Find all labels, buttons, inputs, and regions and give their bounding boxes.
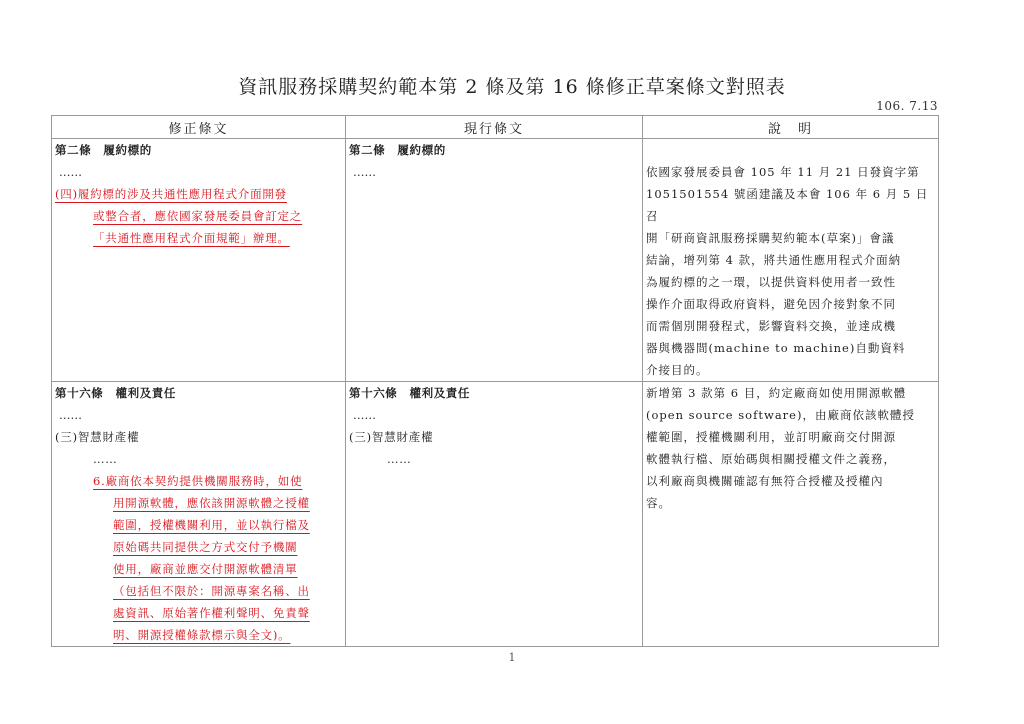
revised-line: 或整合者，應依國家發展委員會訂定之 [55, 205, 342, 227]
explanation-line: 軟體執行檔、原始碼與相關授權文件之義務， [646, 448, 935, 470]
subitem-heading: (三)智慧財產權 [55, 426, 342, 448]
revised-line: 範圍，授權機關利用，並以執行檔及 [55, 514, 342, 536]
revised-cell: 第十六條 權利及責任 …… (三)智慧財產權 …… 6.廠商依本契約提供機關服務… [52, 382, 346, 647]
table-row: 第二條 履約標的 …… (四)履約標的涉及共通性應用程式介面開發 或整合者，應依… [52, 139, 939, 382]
current-cell: 第二條 履約標的 …… [346, 139, 643, 382]
header-current: 現行條文 [346, 116, 643, 139]
page-number: 1 [0, 651, 1024, 664]
document-date: 106. 7.13 [876, 99, 938, 113]
revised-line: 6.廠商依本契約提供機關服務時，如使 [55, 470, 342, 492]
article-heading: 第二條 履約標的 [349, 139, 639, 161]
explanation-line: 依國家發展委員會 105 年 11 月 21 日發資字第 [646, 161, 935, 183]
revised-line: 「共通性應用程式介面規範」辦理。 [55, 227, 342, 249]
explanation-line: 器與機器間(machine to machine)自動資料 [646, 337, 935, 359]
revised-line: （包括但不限於：開源專案名稱、出 [55, 580, 342, 602]
explanation-line: 為履約標的之一環，以提供資料使用者一致性 [646, 271, 935, 293]
explanation-line: 權範圍，授權機關利用，並訂明廠商交付開源 [646, 426, 935, 448]
revised-line: 使用，廠商並應交付開源軟體清單 [55, 558, 342, 580]
ellipsis: …… [349, 404, 639, 426]
document-title: 資訊服務採購契約範本第 2 條及第 16 條修正草案條文對照表 [0, 72, 1024, 99]
comparison-table: 修正條文 現行條文 說 明 第二條 履約標的 …… (四)履約標的涉及共通性應用… [51, 115, 939, 647]
revised-cell: 第二條 履約標的 …… (四)履約標的涉及共通性應用程式介面開發 或整合者，應依… [52, 139, 346, 382]
subitem-heading: (三)智慧財產權 [349, 426, 639, 448]
explanation-line: 介接目的。 [646, 359, 935, 381]
ellipsis: …… [55, 161, 342, 183]
revised-line: 明、開源授權條款標示與全文)。 [55, 624, 342, 646]
explanation-line: 1051501554 號函建議及本會 106 年 6 月 5 日召 [646, 183, 935, 227]
explanation-line: 而需個別開發程式，影響資料交換，並達成機 [646, 315, 935, 337]
explanation-line: 操作介面取得政府資料，避免因介接對象不同 [646, 293, 935, 315]
revised-line: (四)履約標的涉及共通性應用程式介面開發 [55, 183, 342, 205]
explanation-line: (open source software)，由廠商依該軟體授 [646, 404, 935, 426]
table-row: 第十六條 權利及責任 …… (三)智慧財產權 …… 6.廠商依本契約提供機關服務… [52, 382, 939, 647]
article-heading: 第十六條 權利及責任 [55, 382, 342, 404]
header-revised: 修正條文 [52, 116, 346, 139]
current-cell: 第十六條 權利及責任 …… (三)智慧財產權 …… [346, 382, 643, 647]
revised-line: 用開源軟體，應依該開源軟體之授權 [55, 492, 342, 514]
explanation-line: 以利廠商與機關確認有無符合授權及授權內 [646, 470, 935, 492]
explanation-line: 容。 [646, 492, 935, 514]
article-heading: 第十六條 權利及責任 [349, 382, 639, 404]
explanation-cell: 新增第 3 款第 6 目，約定廠商如使用開源軟體 (open source so… [643, 382, 939, 647]
ellipsis: …… [349, 161, 639, 183]
explanation-line: 開「研商資訊服務採購契約範本(草案)」會議 [646, 227, 935, 249]
explanation-line: 結論，增列第 4 款，將共通性應用程式介面納 [646, 249, 935, 271]
explanation-cell: 依國家發展委員會 105 年 11 月 21 日發資字第 1051501554 … [643, 139, 939, 382]
ellipsis: …… [349, 448, 639, 470]
revised-line: 原始碼共同提供之方式交付予機關 [55, 536, 342, 558]
explanation-line: 新增第 3 款第 6 目，約定廠商如使用開源軟體 [646, 382, 935, 404]
ellipsis: …… [55, 404, 342, 426]
ellipsis: …… [55, 448, 342, 470]
header-explanation: 說 明 [643, 116, 939, 139]
revised-line: 處資訊、原始著作權利聲明、免責聲 [55, 602, 342, 624]
article-heading: 第二條 履約標的 [55, 139, 342, 161]
table-header-row: 修正條文 現行條文 說 明 [52, 116, 939, 139]
